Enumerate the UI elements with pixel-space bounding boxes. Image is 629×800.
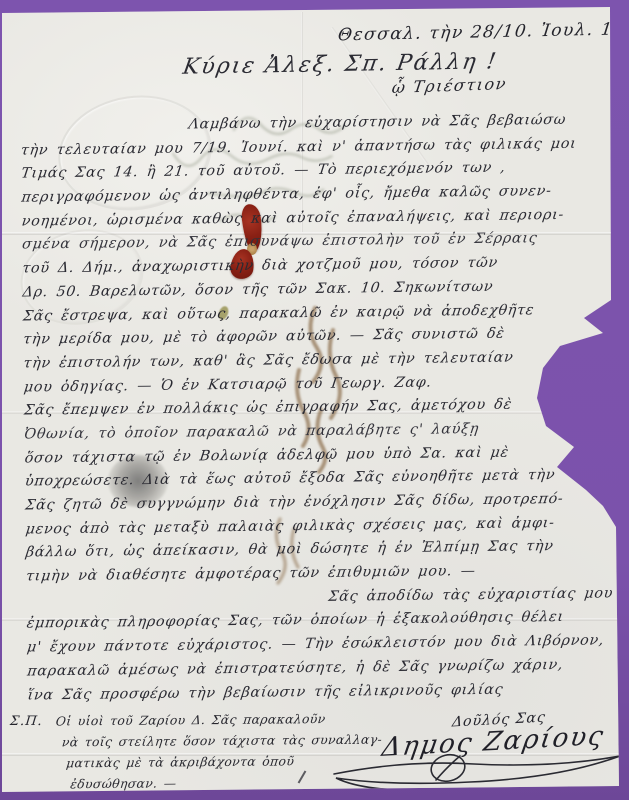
letter-paper: Θεσσαλ. τὴν 28/10. Ἰουλ. 1845. Κύριε Ἀλε…	[0, 0, 629, 800]
torn-edge-notch	[537, 305, 622, 527]
dateline: Θεσσαλ. τὴν 28/10. Ἰουλ. 1845.	[337, 19, 629, 46]
postscript-line: νὰ τοῖς στείλητε ὅσον τάχιστα τὰς συναλλ…	[61, 730, 387, 754]
postscript-line: Οἱ υἱοὶ τοῦ Ζαρίου Δ. Σᾶς παρακαλοῦν	[55, 709, 387, 733]
postscript-line: ματικὰς μὲ τὰ ἀκριβάχοντα ὁποῦ	[65, 751, 387, 775]
postscript-label: Σ.Π.	[9, 714, 43, 729]
scan-backdrop: Θεσσαλ. τὴν 28/10. Ἰουλ. 1845. Κύριε Ἀλε…	[0, 0, 629, 800]
postscript-line: ἐδυσώθησαν. —	[69, 772, 387, 796]
letter-body: Λαμβάνω τὴν εὐχαρίστησιν νὰ Σᾶς βεβαιώσω…	[20, 108, 607, 707]
postscript-block: Οἱ υἱοὶ τοῦ Ζαρίου Δ. Σᾶς παρακαλοῦννὰ τ…	[56, 709, 387, 796]
destination-line: ᾧ Τριέστιον	[391, 74, 509, 97]
